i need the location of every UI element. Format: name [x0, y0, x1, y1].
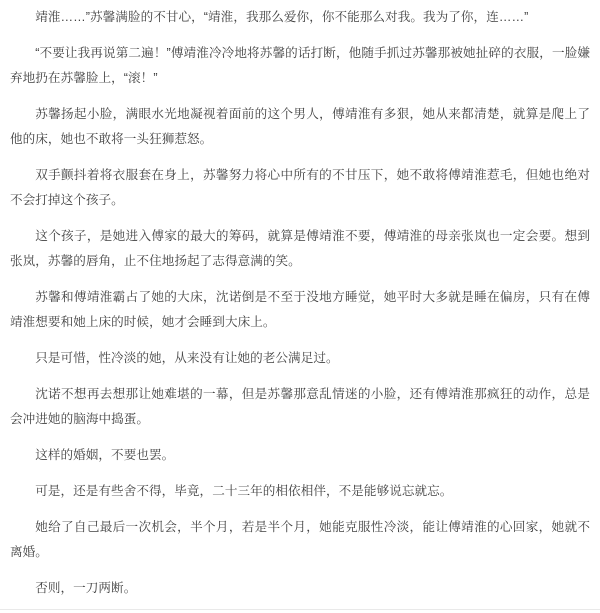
paragraph: “不要让我再说第二遍！”傅靖淮冷冷地将苏馨的话打断，他随手抓过苏馨那被她扯碎的衣… [10, 41, 590, 91]
paragraph: 靖淮……”苏馨满脸的不甘心，“靖淮，我那么爱你，你不能那么对我。我为了你，连……… [10, 5, 590, 30]
paragraph: 否则，一刀两断。 [10, 576, 590, 601]
paragraph: 苏馨扬起小脸，满眼水光地凝视着面前的这个男人，傅靖淮有多狠，她从来都清楚，就算是… [10, 102, 590, 152]
paragraph: 这样的婚姻，不要也罢。 [10, 443, 590, 468]
novel-text-content: 靖淮……”苏馨满脸的不甘心，“靖淮，我那么爱你，你不能那么对我。我为了你，连……… [0, 0, 600, 601]
paragraph: 沈诺不想再去想那让她难堪的一幕，但是苏馨那意乱情迷的小脸，还有傅靖淮那疯狂的动作… [10, 382, 590, 432]
paragraph: 可是，还是有些舍不得，毕竟，二十三年的相依相伴，不是能够说忘就忘。 [10, 479, 590, 504]
paragraph: 双手颤抖着将衣服套在身上，苏馨努力将心中所有的不甘压下，她不敢将傅靖淮惹毛，但她… [10, 163, 590, 213]
paragraph: 这个孩子，是她进入傅家的最大的筹码，就算是傅靖淮不要，傅靖淮的母亲张岚也一定会要… [10, 224, 590, 274]
paragraph: 她给了自己最后一次机会，半个月，若是半个月，她能克服性冷淡，能让傅靖淮的心回家，… [10, 515, 590, 565]
paragraph: 只是可惜，性冷淡的她，从来没有让她的老公满足过。 [10, 346, 590, 371]
paragraph: 苏馨和傅靖淮霸占了她的大床，沈诺倒是不至于没地方睡觉，她平时大多就是睡在偏房，只… [10, 285, 590, 335]
bottom-divider [0, 609, 600, 610]
